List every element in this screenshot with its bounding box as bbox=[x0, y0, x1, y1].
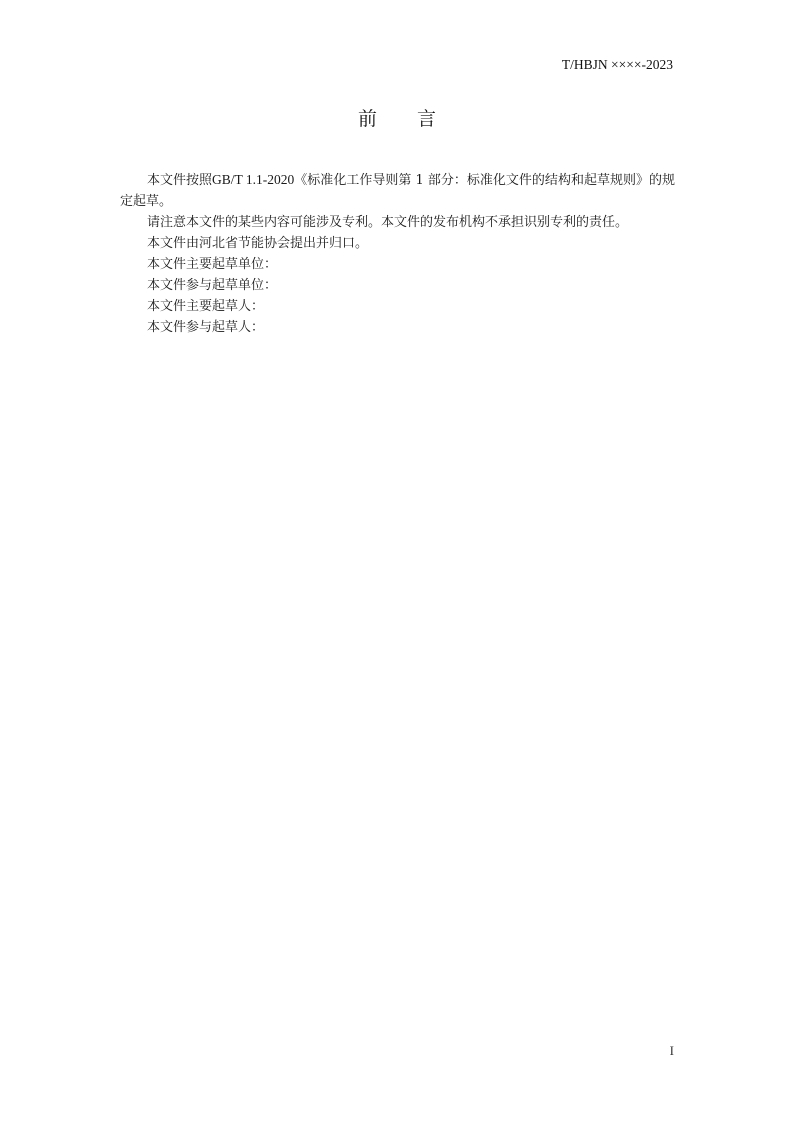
paragraph-main-drafting-units: 本文件主要起草单位： bbox=[120, 254, 675, 275]
page-number: I bbox=[670, 1043, 674, 1059]
title-char-2: 言 bbox=[417, 104, 436, 131]
foreword-body: 本文件按照GB/T 1.1-2020《标准化工作导则第 1 部分：标准化文件的结… bbox=[120, 169, 675, 338]
document-page: T/HBJN ××××-2023 前言 本文件按照GB/T 1.1-2020《标… bbox=[0, 0, 794, 1123]
paragraph-main-drafters: 本文件主要起草人： bbox=[120, 296, 675, 317]
paragraph-patent-notice: 请注意本文件的某些内容可能涉及专利。本文件的发布机构不承担识别专利的责任。 bbox=[120, 212, 675, 233]
title-char-1: 前 bbox=[358, 104, 377, 131]
paragraph-participating-drafters: 本文件参与起草人： bbox=[120, 317, 675, 338]
document-code: T/HBJN ××××-2023 bbox=[562, 57, 673, 73]
paragraph-drafting-rules: 本文件按照GB/T 1.1-2020《标准化工作导则第 1 部分：标准化文件的结… bbox=[120, 169, 675, 212]
paragraph-proposer: 本文件由河北省节能协会提出并归口。 bbox=[120, 233, 675, 254]
paragraph-participating-drafting-units: 本文件参与起草单位： bbox=[120, 275, 675, 296]
page-title: 前言 bbox=[0, 104, 794, 131]
